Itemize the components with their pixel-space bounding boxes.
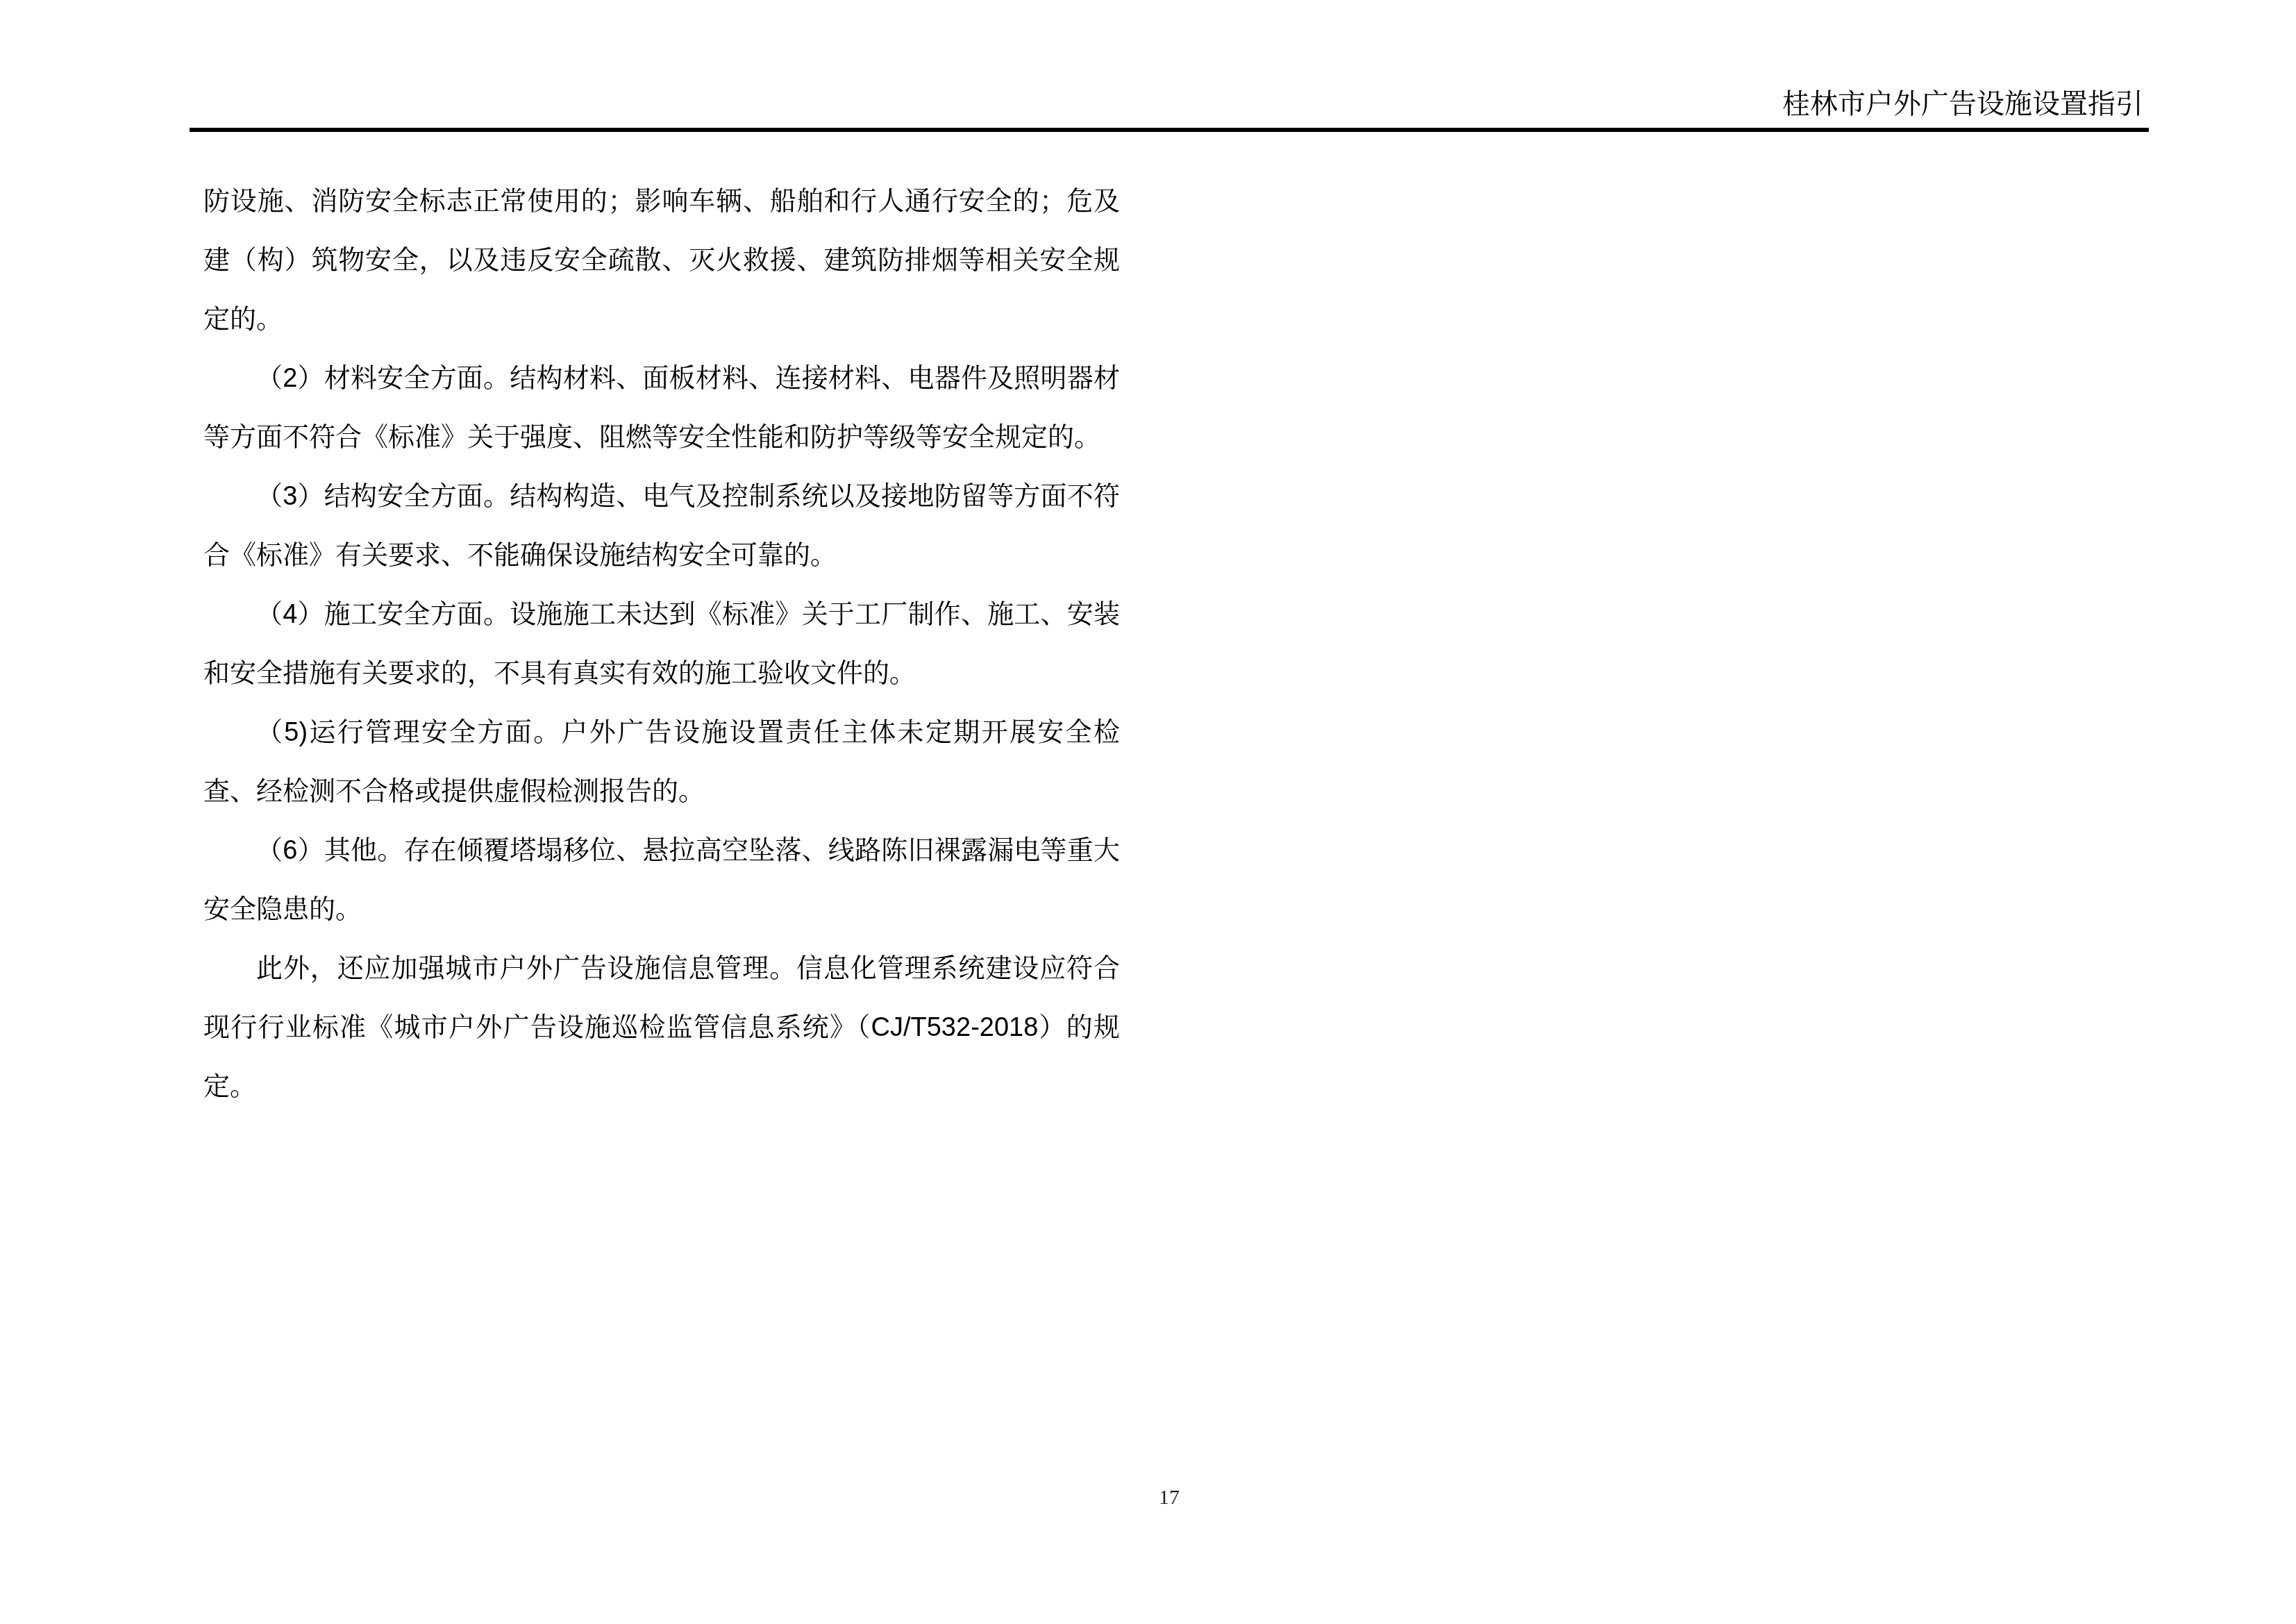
paragraph: 此外，还应加强城市户外广告设施信息管理。信息化管理系统建设应符合现行行业标准《城… — [203, 939, 1120, 1116]
header-title: 桂林市户外广告设施设置指引 — [1782, 87, 2143, 121]
body-text: 防设施、消防安全标志正常使用的；影响车辆、船舶和行人通行安全的；危及建（构）筑物… — [203, 172, 1120, 1116]
header-rule — [190, 128, 2149, 132]
paragraph: （6）其他。存在倾覆塔塌移位、悬拉高空坠落、线路陈旧裸露漏电等重大安全隐患的。 — [203, 821, 1120, 939]
paragraph: （3）结构安全方面。结构构造、电气及控制系统以及接地防留等方面不符合《标准》有关… — [203, 467, 1120, 585]
page-number: 17 — [1159, 1486, 1180, 1509]
page-footer: 17 — [190, 1486, 2149, 1509]
paragraph: （5)运行管理安全方面。户外广告设施设置责任主体未定期开展安全检查、经检测不合格… — [203, 703, 1120, 821]
paragraph: （4）施工安全方面。设施施工未达到《标准》关于工厂制作、施工、安装和安全措施有关… — [203, 585, 1120, 703]
paragraph: （2）材料安全方面。结构材料、面板材料、连接材料、电器件及照明器材等方面不符合《… — [203, 349, 1120, 467]
document-page: 桂林市户外广告设施设置指引 防设施、消防安全标志正常使用的；影响车辆、船舶和行人… — [0, 0, 2296, 1624]
paragraph: 防设施、消防安全标志正常使用的；影响车辆、船舶和行人通行安全的；危及建（构）筑物… — [203, 172, 1120, 349]
